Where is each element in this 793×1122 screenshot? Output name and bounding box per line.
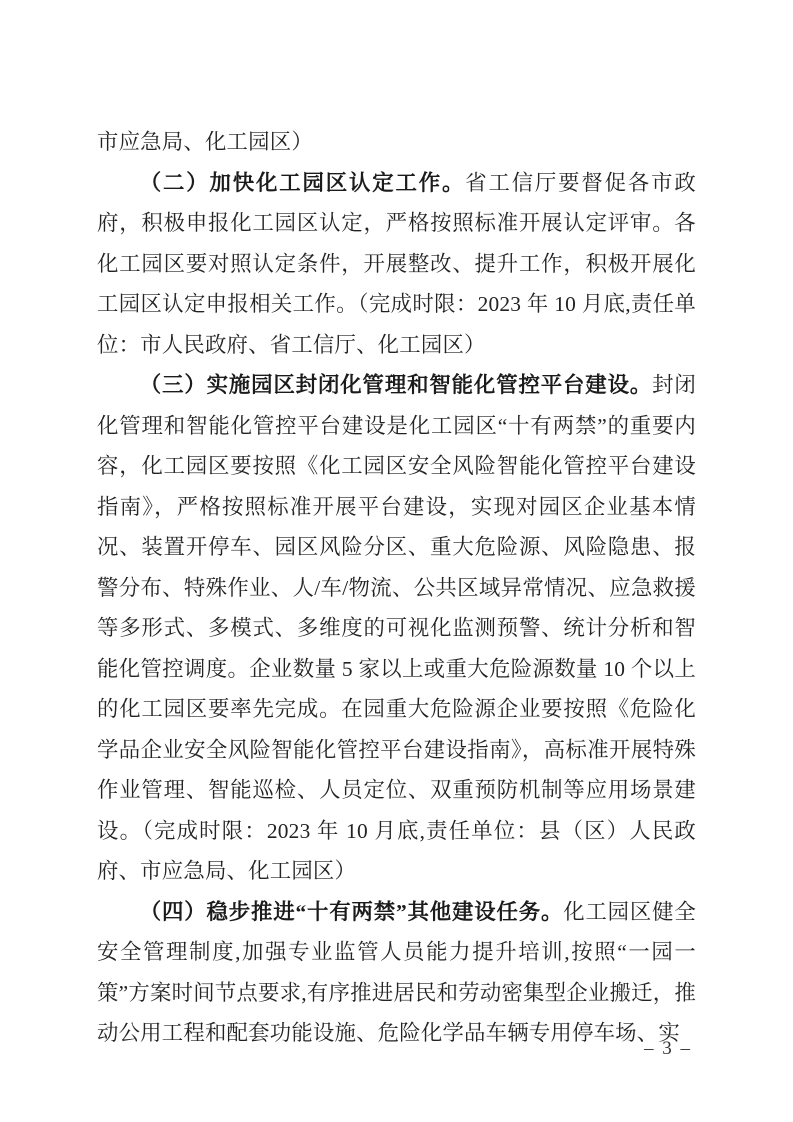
continuation-line-text: 市应急局、化工园区） <box>97 130 313 154</box>
paragraph-2-heading: （二）加快化工园区认定工作。 <box>140 171 465 195</box>
paragraph-4: （四）稳步推进“十有两禁”其他建设任务。化工园区健全安全管理制度,加强专业监管人… <box>97 892 696 1054</box>
page: 市应急局、化工园区） （二）加快化工园区认定工作。省工信厅要督促各市政府，积极申… <box>0 0 793 1122</box>
document-page: { "document": { "continuation_line": "市应… <box>0 0 793 1122</box>
paragraph-2: （二）加快化工园区认定工作。省工信厅要督促各市政府，积极申报化工园区认定，严格按… <box>97 163 696 366</box>
paragraph-4-heading: （四）稳步推进“十有两禁”其他建设任务。 <box>140 900 563 924</box>
paragraph-2-body: 省工信厅要督促各市政府，积极申报化工园区认定，严格按照标准开展认定评审。各化工园… <box>97 171 696 357</box>
paragraph-continuation: 市应急局、化工园区） <box>97 122 696 163</box>
page-number: – 3 – <box>636 1038 700 1060</box>
paragraph-3: （三）实施园区封闭化管理和智能化管控平台建设。封闭化管理和智能化管控平台建设是化… <box>97 365 696 892</box>
paragraph-3-body: 封闭化管理和智能化管控平台建设是化工园区“十有两禁”的重要内容，化工园区要按照《… <box>97 373 696 883</box>
document-body: 市应急局、化工园区） （二）加快化工园区认定工作。省工信厅要督促各市政府，积极申… <box>97 122 696 1054</box>
paragraph-3-heading: （三）实施园区封闭化管理和智能化管控平台建设。 <box>140 373 652 397</box>
